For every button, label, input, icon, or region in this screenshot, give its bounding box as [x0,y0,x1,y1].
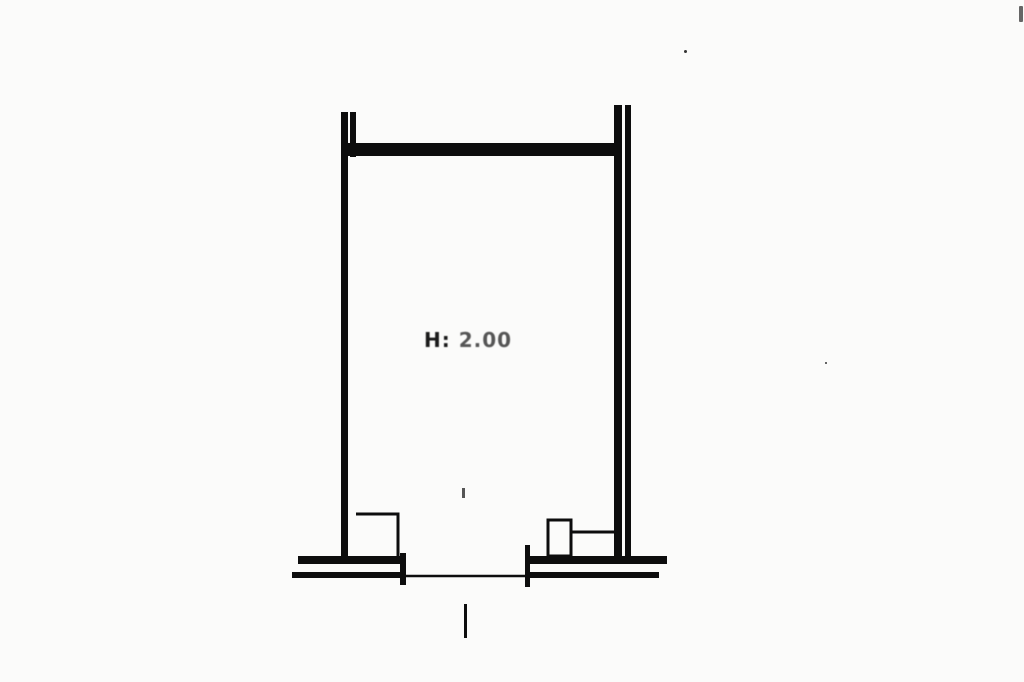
room-height-label: H: 2.00 [424,328,512,352]
height-prefix: H: [424,328,451,352]
left-fixture [356,514,398,556]
left-wall [341,112,356,562]
door-opening [400,545,530,587]
speck [684,50,687,53]
edge-mark [1019,6,1023,22]
speck [825,362,827,364]
right-fixture [548,520,614,556]
right-wall [614,105,631,563]
height-value: 2.00 [459,328,512,352]
top-wall [346,143,622,156]
section-mark [464,604,467,638]
center-mark [462,488,465,498]
bottom-wall [292,556,667,578]
